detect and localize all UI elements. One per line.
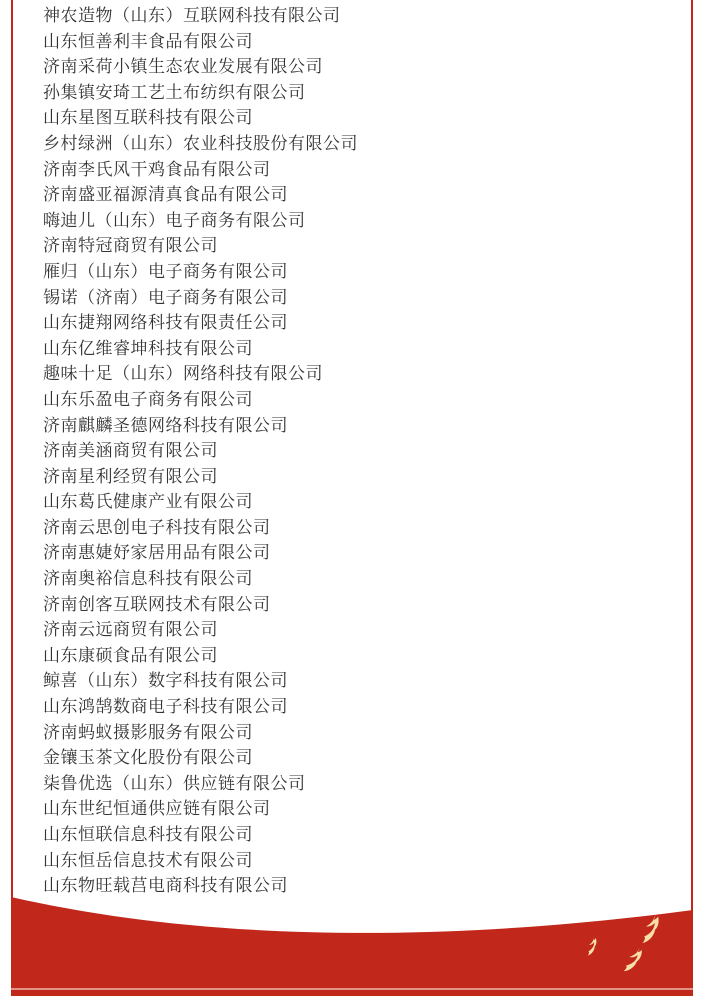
company-list-item: 锡诺（济南）电子商务有限公司 bbox=[43, 285, 683, 311]
dove-icon bbox=[631, 912, 667, 948]
company-list-item: 济南盛亚福源清真食品有限公司 bbox=[43, 182, 683, 208]
footer-banner bbox=[11, 890, 693, 996]
company-list-item: 山东捷翔网络科技有限责任公司 bbox=[43, 310, 683, 336]
company-list-item: 神农造物（山东）互联网科技有限公司 bbox=[43, 3, 683, 29]
dove-icon bbox=[617, 946, 647, 976]
company-list: 神农造物（山东）互联网科技有限公司山东恒善利丰食品有限公司济南采荷小镇生态农业发… bbox=[43, 3, 683, 899]
company-list-item: 山东星图互联科技有限公司 bbox=[43, 105, 683, 131]
company-list-item: 乡村绿洲（山东）农业科技股份有限公司 bbox=[43, 131, 683, 157]
company-list-item: 山东康硕食品有限公司 bbox=[43, 643, 683, 669]
company-list-item: 济南蚂蚁摄影服务有限公司 bbox=[43, 720, 683, 746]
company-list-item: 孙集镇安琦工艺土布纺织有限公司 bbox=[43, 80, 683, 106]
company-list-item: 山东亿维睿坤科技有限公司 bbox=[43, 336, 683, 362]
company-list-item: 济南云远商贸有限公司 bbox=[43, 617, 683, 643]
company-list-item: 山东鸿鹄数商电子科技有限公司 bbox=[43, 694, 683, 720]
company-list-item: 济南云思创电子科技有限公司 bbox=[43, 515, 683, 541]
company-list-item: 山东葛氏健康产业有限公司 bbox=[43, 489, 683, 515]
company-list-item: 嗨迪儿（山东）电子商务有限公司 bbox=[43, 208, 683, 234]
company-list-item: 鲸喜（山东）数字科技有限公司 bbox=[43, 668, 683, 694]
company-list-item: 济南星利经贸有限公司 bbox=[43, 464, 683, 490]
company-list-item: 济南美涵商贸有限公司 bbox=[43, 438, 683, 464]
company-list-item: 山东世纪恒通供应链有限公司 bbox=[43, 796, 683, 822]
company-list-item: 山东恒岳信息技术有限公司 bbox=[43, 848, 683, 874]
company-list-item: 济南麒麟圣德网络科技有限公司 bbox=[43, 413, 683, 439]
company-list-item: 金镶玉茶文化股份有限公司 bbox=[43, 745, 683, 771]
company-list-item: 济南惠婕妤家居用品有限公司 bbox=[43, 540, 683, 566]
company-list-item: 山东恒善利丰食品有限公司 bbox=[43, 29, 683, 55]
company-list-item: 济南李氏风干鸡食品有限公司 bbox=[43, 157, 683, 183]
company-list-item: 柒鲁优选（山东）供应链有限公司 bbox=[43, 771, 683, 797]
company-list-item: 济南奥裕信息科技有限公司 bbox=[43, 566, 683, 592]
company-list-item: 趣味十足（山东）网络科技有限公司 bbox=[43, 361, 683, 387]
company-list-item: 雁归（山东）电子商务有限公司 bbox=[43, 259, 683, 285]
company-list-item: 济南特冠商贸有限公司 bbox=[43, 233, 683, 259]
company-list-item: 山东乐盈电子商务有限公司 bbox=[43, 387, 683, 413]
company-list-item: 济南采荷小镇生态农业发展有限公司 bbox=[43, 54, 683, 80]
company-list-item: 济南创客互联网技术有限公司 bbox=[43, 592, 683, 618]
company-list-item: 山东恒联信息科技有限公司 bbox=[43, 822, 683, 848]
footer-divider-line bbox=[11, 988, 693, 990]
article-page: 神农造物（山东）互联网科技有限公司山东恒善利丰食品有限公司济南采荷小镇生态农业发… bbox=[0, 0, 703, 996]
